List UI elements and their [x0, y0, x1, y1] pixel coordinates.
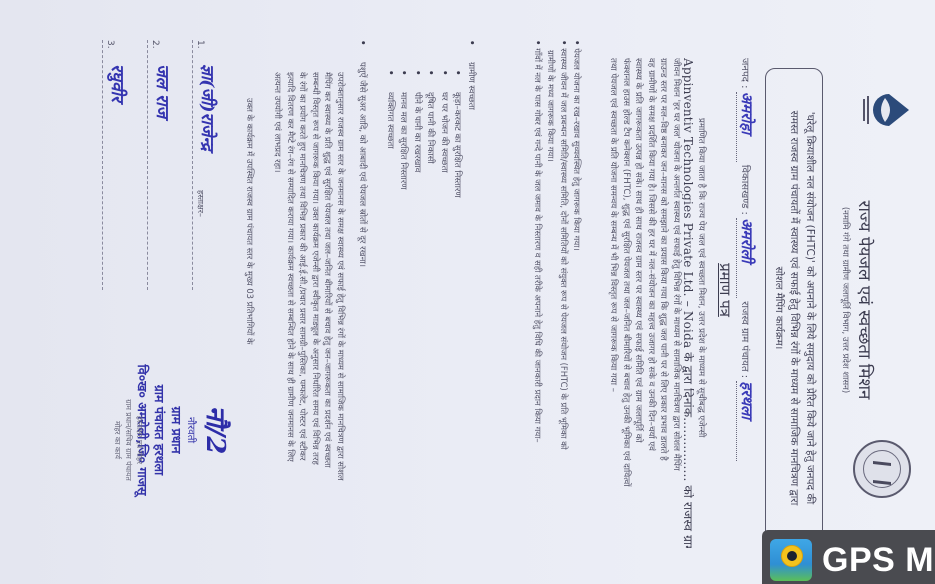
banner-line: समस्त राजस्व ग्राम पंचायतों में स्वास्थ्… [786, 79, 802, 537]
paragraph-line: स्वास्थ्य के प्रति जागरूकता उत्पन्न हो स… [632, 58, 645, 548]
bullet-item: स्वास्थ्य जीवन में जल प्रबन्धन समिति/स्व… [557, 40, 570, 550]
district-label: जनपद : [739, 58, 750, 89]
gram-panchayat-value: हरथला [738, 381, 756, 419]
block-label: विकासखण्ड : [739, 165, 750, 215]
sanitation-item: मानव मल का सुरक्षित निस्तारण [396, 40, 410, 420]
sanitation-item: घर पर भोजन की स्वच्छता [437, 40, 451, 420]
sanitation-item: दूषित पानी की निकासी [423, 40, 437, 420]
handwritten-signature: ज्ञा(जी)राजेन्द्र [197, 64, 220, 151]
paragraph-line: ग्राउन्ड स्तर पर मल–विष्ठ बनाकर जन–मानस … [657, 58, 670, 548]
paragraph-line: प्रमाणित किया जाता है कि राज्य पेय जल एव… [695, 58, 708, 548]
paragraph-line: अत्यन्त उपयोगी एवं लाभप्रद रहा। [272, 72, 285, 552]
bullet-item: गाँवों में नल के पास गोबर एवं गन्दे पानी… [531, 40, 544, 550]
paragraph-line: वह ग्रामीणों के समक्ष प्रदर्शित किया गया… [645, 58, 658, 548]
jal-jeevan-mission-logo-icon [859, 90, 911, 130]
paragraph-line: मैपिंग कर स्वास्थ्य के प्रति शुद्ध एवं स… [322, 72, 335, 552]
participants-line: उक्त के कार्यक्रम में उपस्थित राजस्व ग्र… [244, 98, 255, 518]
block-value: अमरोली [738, 218, 756, 263]
sanitation-item: पीने के पानी का रखरखाव [410, 40, 424, 420]
stamp-line: ग्राम पंचायत हरथला [151, 330, 168, 530]
paragraph-line: सम्बन्धी विस्तृत रूप से जागरूक किया गया।… [310, 72, 323, 552]
sanitation-list: ग्रामीण स्वच्छता कूड़ा–करकट का सुरक्षित … [355, 40, 477, 420]
paragraph-line: Appinventiv Technologies Private Ltd. – … [682, 58, 695, 548]
paragraph-line: के रंगों का प्रयोग करते हुए मानचित्रण तथ… [297, 72, 310, 552]
gps-map-camera-icon [770, 539, 812, 581]
header-title: राज्य पेयजल एवं स्वच्छता मिशन [854, 150, 877, 450]
district-value: अमरोहा [738, 92, 756, 134]
program-banner: 'घरेलू क्रियाशील नल संयोजन (FHTC)' को अप… [765, 68, 823, 548]
pradhan-stamp: नौ/2 नौरवती ग्राम प्रधान ग्राम पंचायत हर… [134, 330, 235, 530]
banner-line: 'घरेलू क्रियाशील नल संयोजन (FHTC)' को अप… [802, 79, 818, 537]
header-subtitle: (नमामि गंगे तथा ग्रामीण जलापूर्ति विभाग,… [840, 120, 851, 480]
handwritten-signature: जल राज [152, 64, 175, 118]
sanitation-item-last: पशुऐं जैसे सुअर आदि, को आबादी एवं पेयजल … [355, 40, 369, 420]
gram-panchayat-label: राजस्व ग्राम पंचायत : [739, 301, 750, 378]
paragraph-line: इत्यादि वितरण कर मैप्टे रंग–रंग से सम्पा… [285, 72, 298, 552]
bullet-continuation: ग्रामीणों के मध्य जागरूक किया गया। [544, 40, 557, 550]
bullet-item: पेयजल योजना का रख–रखाव सुव्यवस्थित हेतु … [570, 40, 583, 550]
sanitation-item: व्यक्तिगत स्वच्छता [383, 40, 397, 420]
gps-overlay-label: GPS M [822, 541, 934, 580]
awareness-bullets: पेयजल योजना का रख–रखाव सुव्यवस्थित हेतु … [531, 40, 583, 550]
office-seal-text: हस्ताक्षर एवं मोहर ग्राम प्रधान/सचिव ग्र… [112, 360, 145, 520]
summary-paragraph: उपरोक्तानुसार राजस्व ग्राम स्तर के जनमान… [272, 72, 347, 552]
gps-map-camera-overlay: GPS M [762, 530, 935, 584]
banner-line: सोशल मैपिंग कार्यक्रम। [770, 79, 786, 537]
sanitation-item: कूड़ा–करकट का सुरक्षित निस्तारण [450, 40, 464, 420]
paragraph-line: फंक्शनल हाउस होल्ड टैप कनेक्शन (FHTC), श… [620, 58, 633, 548]
certificate-title: प्रमाण पत्र [715, 230, 735, 350]
paragraph-line: जीवन मिशन 'हर घर जल' योजना के अन्तर्गत स… [670, 58, 683, 548]
stamp-line: ग्राम प्रधान [168, 330, 185, 530]
location-fields: जनपद : अमरोहा विकासखण्ड : अमरोली राजस्व … [736, 58, 757, 558]
paragraph-line: उपरोक्तानुसार राजस्व ग्राम स्तर के जनमान… [335, 72, 348, 552]
paragraph-line: तथा पेयजल एवं स्वच्छता के प्रति योजना सम… [607, 58, 620, 548]
participant-signatures: 1. ज्ञा(जी)राजेन्द्र हस्ताक्षर– 2. जल रा… [96, 40, 231, 290]
certificate-page: राज्य पेयजल एवं स्वच्छता मिशन (नमामि गंग… [0, 0, 935, 584]
up-government-seal-icon [853, 440, 911, 498]
pradhan-name: नौरवती [185, 330, 199, 530]
signature-row: 1. ज्ञा(जी)राजेन्द्र हस्ताक्षर– [192, 40, 231, 290]
signature-row: 2. जल राज [147, 40, 186, 290]
certificate-paragraph: प्रमाणित किया जाता है कि राज्य पेय जल एव… [607, 58, 707, 548]
pradhan-signature: नौ/2 [199, 330, 235, 530]
handwritten-signature: रघुवीर [107, 64, 130, 102]
signature-row: 3. रघुवीर [102, 40, 141, 290]
sanitation-heading: ग्रामीण स्वच्छता [464, 40, 478, 420]
